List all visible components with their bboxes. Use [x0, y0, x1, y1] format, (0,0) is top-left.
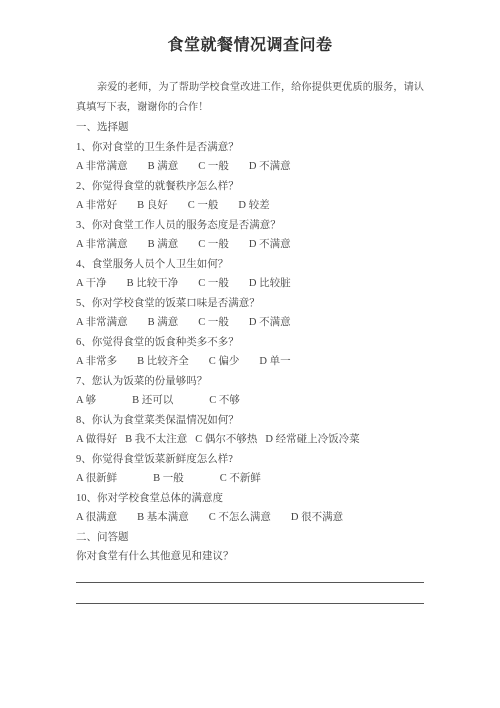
option: C 一般 — [198, 274, 229, 294]
question-options: A 干净B 比较干净C 一般D 比较脏 — [76, 274, 424, 294]
option: B 一般 — [153, 469, 184, 489]
option: A 很新鲜 — [76, 469, 117, 489]
option: C 不够 — [209, 391, 240, 411]
option: D 不满意 — [249, 235, 291, 255]
option: A 非常满意 — [76, 235, 128, 255]
intro-paragraph: 亲爱的老师，为了帮助学校食堂改进工作，给你提供更优质的服务，请认真填写下表，谢谢… — [76, 78, 424, 118]
question-text: 7、您认为饭菜的份量够吗？ — [76, 372, 424, 392]
option: D 较差 — [238, 196, 269, 216]
question-text: 2、你觉得食堂的就餐秩序怎么样？ — [76, 177, 424, 197]
question-list: 1、你对食堂的卫生条件是否满意？A 非常满意B 满意C 一般D 不满意2、你觉得… — [76, 138, 424, 528]
answer-blank-area — [76, 567, 424, 604]
question-text: 4、食堂服务人员个人卫生如何？ — [76, 255, 424, 275]
option: A 很满意 — [76, 508, 117, 528]
option: D 很不满意 — [291, 508, 343, 528]
option: C 一般 — [198, 157, 229, 177]
option: D 比较脏 — [249, 274, 291, 294]
option: B 比较干净 — [127, 274, 179, 294]
option: B 基本满意 — [137, 508, 189, 528]
option: A 够 — [76, 391, 96, 411]
option: A 干净 — [76, 274, 107, 294]
question-options: A 非常满意B 满意C 一般D 不满意 — [76, 313, 424, 333]
answer-blank-line — [76, 583, 424, 604]
option: A 非常多 — [76, 352, 117, 372]
option: A 做得好 — [76, 430, 117, 450]
option: C 一般 — [198, 235, 229, 255]
option: C 一般 — [198, 313, 229, 333]
question-options: A 做得好B 我不太注意C 偶尔不够热D 经常碰上冷饭冷菜 — [76, 430, 424, 450]
option: A 非常好 — [76, 196, 117, 216]
option: D 单一 — [259, 352, 290, 372]
question-options: A 非常满意B 满意C 一般D 不满意 — [76, 157, 424, 177]
section-two-heading: 二、问答题 — [76, 528, 424, 548]
option: B 满意 — [148, 235, 179, 255]
question-options: A 非常多B 比较齐全C 偏少D 单一 — [76, 352, 424, 372]
question-options: A 很新鲜B 一般C 不新鲜 — [76, 469, 424, 489]
answer-blank-line — [76, 567, 424, 583]
option: A 非常满意 — [76, 313, 128, 333]
question-text: 3、你对食堂工作人员的服务态度是否满意？ — [76, 216, 424, 236]
question-text: 10、你对学校食堂总体的满意度 — [76, 489, 424, 509]
question-text: 5、你对学校食堂的饭菜口味是否满意？ — [76, 294, 424, 314]
option: C 不新鲜 — [220, 469, 261, 489]
option: B 比较齐全 — [137, 352, 189, 372]
question-options: A 非常满意B 满意C 一般D 不满意 — [76, 235, 424, 255]
option: C 偏少 — [209, 352, 240, 372]
option: B 我不太注意 — [125, 430, 187, 450]
option: B 满意 — [148, 313, 179, 333]
option: C 不怎么满意 — [209, 508, 271, 528]
questionnaire-page: 食堂就餐情况调查问卷 亲爱的老师，为了帮助学校食堂改进工作，给你提供更优质的服务… — [0, 0, 500, 708]
section-one-heading: 一、选择题 — [76, 118, 424, 138]
question-options: A 非常好B 良好C 一般D 较差 — [76, 196, 424, 216]
option: D 不满意 — [249, 313, 291, 333]
option: D 不满意 — [249, 157, 291, 177]
question-text: 6、你觉得食堂的饭食种类多不多？ — [76, 333, 424, 353]
option: A 非常满意 — [76, 157, 128, 177]
question-text: 1、你对食堂的卫生条件是否满意？ — [76, 138, 424, 158]
question-text: 8、你认为食堂菜类保温情况如何？ — [76, 411, 424, 431]
option: C 一般 — [188, 196, 219, 216]
question-options: A 很满意B 基本满意C 不怎么满意D 很不满意 — [76, 508, 424, 528]
option: B 满意 — [148, 157, 179, 177]
option: C 偶尔不够热 — [195, 430, 257, 450]
page-title: 食堂就餐情况调查问卷 — [76, 36, 424, 56]
option: B 良好 — [137, 196, 168, 216]
option: B 还可以 — [132, 391, 173, 411]
option: D 经常碰上冷饭冷菜 — [265, 430, 359, 450]
question-options: A 够B 还可以C 不够 — [76, 391, 424, 411]
question-text: 9、你觉得食堂饭菜新鲜度怎么样? — [76, 450, 424, 470]
open-question-prompt: 你对食堂有什么其他意见和建议？ — [76, 547, 424, 567]
